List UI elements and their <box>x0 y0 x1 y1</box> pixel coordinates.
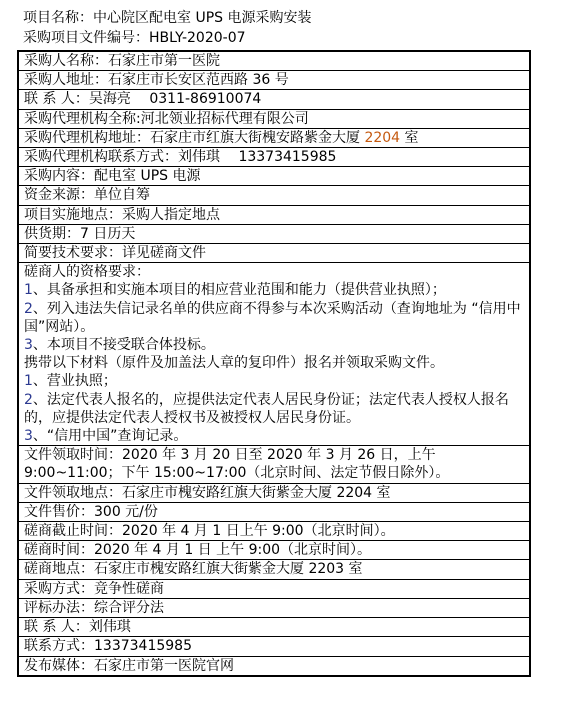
qualification-requirements-row: 磋商人的资格要求：1、具备承担和实施本项目的相应营业范围和能力（提供营业执照）；… <box>19 262 529 445</box>
purchaser-contact-row: 联 系 人：吴海亮 0311-86910074 <box>19 89 529 108</box>
technical-requirements-row: 简要技术要求：详见磋商文件 <box>19 243 529 262</box>
table-row-line: 评标办法：综合评分法 <box>24 599 525 617</box>
purchaser-address-row: 采购人地址：石家庄市长安区范西路 36 号 <box>19 70 529 89</box>
row-text: 简要技术要求：详见磋商文件 <box>24 245 206 261</box>
row-text: 采购方式：竞争性磋商 <box>24 581 164 597</box>
table-row-line: 采购代理机构全称:河北领业招标代理有限公司 <box>24 110 525 128</box>
row-text: 磋商时间：2020 年 4 月 1 日 上午 9:00（北京时间）。 <box>24 542 371 558</box>
row-text: 、具备承担和实施本项目的相应营业范围和能力（提供营业执照）； <box>33 282 446 298</box>
row-text: 采购人名称：石家庄市第一医院 <box>24 53 220 69</box>
contact-person-row: 联 系 人：刘伟琪 <box>19 617 529 636</box>
table-row-line: 采购内容：配电室 UPS 电源 <box>24 167 525 185</box>
document-number-line: 采购项目文件编号：HBLY-2020-07 <box>23 28 561 48</box>
procurement-notice-page: 项目名称：中心院区配电室 UPS 电源采购安装 采购项目文件编号：HBLY-20… <box>0 8 561 701</box>
highlighted-text: 2 <box>24 301 33 317</box>
table-row-line: 3、本项目不接受联合体投标。 <box>24 336 525 354</box>
evaluation-method-row: 评标办法：综合评分法 <box>19 598 529 617</box>
row-text: 、法定代表人报名的，应提供法定代表人居民身份证；法定代表人授权人报名的，应提供法… <box>24 392 509 426</box>
document-header: 项目名称：中心院区配电室 UPS 电源采购安装 采购项目文件编号：HBLY-20… <box>23 8 561 48</box>
highlighted-text: 3 <box>24 337 33 353</box>
table-row-line: 文件售价：300 元/份 <box>24 503 525 521</box>
row-text: 文件领取时间：2020 年 3 月 20 日至 2020 年 3 月 26 日，… <box>24 447 449 481</box>
procurement-content-row: 采购内容：配电室 UPS 电源 <box>19 166 529 185</box>
row-text: 、本项目不接受联合体投标。 <box>33 337 215 353</box>
table-row-line: 磋商地点：石家庄市槐安路红旗大街紫金大厦 2203 室 <box>24 560 525 578</box>
table-row-line: 采购代理机构地址：石家庄市红旗大街槐安路紫金大厦 2204 室 <box>24 129 525 147</box>
document-collection-place-row: 文件领取地点：石家庄市槐安路红旗大街紫金大厦 2204 室 <box>19 483 529 502</box>
highlighted-text: 1 <box>24 282 33 298</box>
table-row-line: 采购方式：竞争性磋商 <box>24 580 525 598</box>
highlighted-text: 3 <box>24 428 33 444</box>
table-row-line: 2、法定代表人报名的，应提供法定代表人居民身份证；法定代表人授权人报名的，应提供… <box>24 391 525 427</box>
table-row-line: 文件领取时间：2020 年 3 月 20 日至 2020 年 3 月 26 日，… <box>24 446 525 482</box>
table-row-line: 携带以下材料（原件及加盖法人章的复印件）报名并领取采购文件。 <box>24 354 525 372</box>
negotiation-place-row: 磋商地点：石家庄市槐安路红旗大街紫金大厦 2203 室 <box>19 559 529 578</box>
row-text: 、“信用中国”查询记录。 <box>33 428 188 444</box>
row-text: 磋商人的资格要求： <box>24 264 150 280</box>
agency-contact-row: 采购代理机构联系方式：刘伟琪 13373415985 <box>19 147 529 166</box>
row-text: 供货期：7 日历天 <box>24 226 135 242</box>
procurement-method-row: 采购方式：竞争性磋商 <box>19 579 529 598</box>
negotiation-time-row: 磋商时间：2020 年 4 月 1 日 上午 9:00（北京时间）。 <box>19 540 529 559</box>
highlighted-text: 2204 <box>364 130 400 146</box>
row-text: 项目实施地点：采购人指定地点 <box>24 207 220 223</box>
document-price-row: 文件售价：300 元/份 <box>19 502 529 521</box>
table-row-line: 供货期：7 日历天 <box>24 225 525 243</box>
row-text: 采购代理机构联系方式：刘伟琪 13373415985 <box>24 149 336 165</box>
document-collection-time-row: 文件领取时间：2020 年 3 月 20 日至 2020 年 3 月 26 日，… <box>19 445 529 482</box>
row-text: 采购人地址：石家庄市长安区范西路 36 号 <box>24 72 289 88</box>
row-text: 文件售价：300 元/份 <box>24 504 158 520</box>
table-row-line: 发布媒体：石家庄市第一医院官网 <box>24 657 525 675</box>
table-row-line: 1、营业执照； <box>24 372 525 390</box>
table-row-line: 磋商人的资格要求： <box>24 263 525 281</box>
row-text: 资金来源：单位自筹 <box>24 187 150 203</box>
info-table: 采购人名称：石家庄市第一医院采购人地址：石家庄市长安区范西路 36 号联 系 人… <box>17 50 531 677</box>
project-location-row: 项目实施地点：采购人指定地点 <box>19 205 529 224</box>
table-row-line: 联 系 人：刘伟琪 <box>24 618 525 636</box>
table-row-line: 采购人地址：石家庄市长安区范西路 36 号 <box>24 71 525 89</box>
row-text: 室 <box>400 130 418 146</box>
row-text: 评标办法：综合评分法 <box>24 600 164 616</box>
row-text: 采购代理机构全称:河北领业招标代理有限公司 <box>24 111 309 127</box>
table-row-line: 采购代理机构联系方式：刘伟琪 13373415985 <box>24 148 525 166</box>
funding-source-row: 资金来源：单位自筹 <box>19 185 529 204</box>
row-text: 、列入违法失信记录名单的供应商不得参与本次采购活动（查询地址为 “信用中国”网站… <box>24 301 521 335</box>
row-text: 联 系 人：刘伟琪 <box>24 619 131 635</box>
contact-phone-row: 联系方式：13373415985 <box>19 636 529 655</box>
row-text: 文件领取地点：石家庄市槐安路红旗大街紫金大厦 2204 室 <box>24 485 391 501</box>
table-row-line: 简要技术要求：详见磋商文件 <box>24 244 525 262</box>
table-row-line: 磋商截止时间：2020 年 4 月 1 日上午 9:00（北京时间）。 <box>24 522 525 540</box>
table-row-line: 采购人名称：石家庄市第一医院 <box>24 52 525 70</box>
table-row-line: 磋商时间：2020 年 4 月 1 日 上午 9:00（北京时间）。 <box>24 541 525 559</box>
row-text: 发布媒体：石家庄市第一医院官网 <box>24 658 234 674</box>
agency-address-row: 采购代理机构地址：石家庄市红旗大街槐安路紫金大厦 2204 室 <box>19 128 529 147</box>
table-row-line: 2、列入违法失信记录名单的供应商不得参与本次采购活动（查询地址为 “信用中国”网… <box>24 300 525 336</box>
table-row-line: 联 系 人：吴海亮 0311-86910074 <box>24 90 525 108</box>
table-row-line: 资金来源：单位自筹 <box>24 186 525 204</box>
table-row-line: 联系方式：13373415985 <box>24 637 525 655</box>
delivery-period-row: 供货期：7 日历天 <box>19 224 529 243</box>
highlighted-text: 1 <box>24 373 33 389</box>
row-text: 联系方式：13373415985 <box>24 638 192 654</box>
row-text: 采购代理机构地址：石家庄市红旗大街槐安路紫金大厦 <box>24 130 364 146</box>
row-text: 磋商地点：石家庄市槐安路红旗大街紫金大厦 2203 室 <box>24 561 363 577</box>
project-name-line: 项目名称：中心院区配电室 UPS 电源采购安装 <box>23 8 561 28</box>
table-row-line: 3、“信用中国”查询记录。 <box>24 427 525 445</box>
row-text: 联 系 人：吴海亮 0311-86910074 <box>24 91 261 107</box>
row-text: 磋商截止时间：2020 年 4 月 1 日上午 9:00（北京时间）。 <box>24 523 395 539</box>
table-row-line: 1、具备承担和实施本项目的相应营业范围和能力（提供营业执照）； <box>24 281 525 299</box>
highlighted-text: 2 <box>24 392 33 408</box>
table-row-line: 项目实施地点：采购人指定地点 <box>24 206 525 224</box>
table-row-line: 文件领取地点：石家庄市槐安路红旗大街紫金大厦 2204 室 <box>24 484 525 502</box>
row-text: 、营业执照； <box>33 373 117 389</box>
publish-media-row: 发布媒体：石家庄市第一医院官网 <box>19 656 529 675</box>
row-text: 携带以下材料（原件及加盖法人章的复印件）报名并领取采购文件。 <box>24 355 444 371</box>
row-text: 采购内容：配电室 UPS 电源 <box>24 168 200 184</box>
negotiation-deadline-row: 磋商截止时间：2020 年 4 月 1 日上午 9:00（北京时间）。 <box>19 521 529 540</box>
agency-name-row: 采购代理机构全称:河北领业招标代理有限公司 <box>19 109 529 128</box>
purchaser-name-row: 采购人名称：石家庄市第一医院 <box>19 52 529 70</box>
